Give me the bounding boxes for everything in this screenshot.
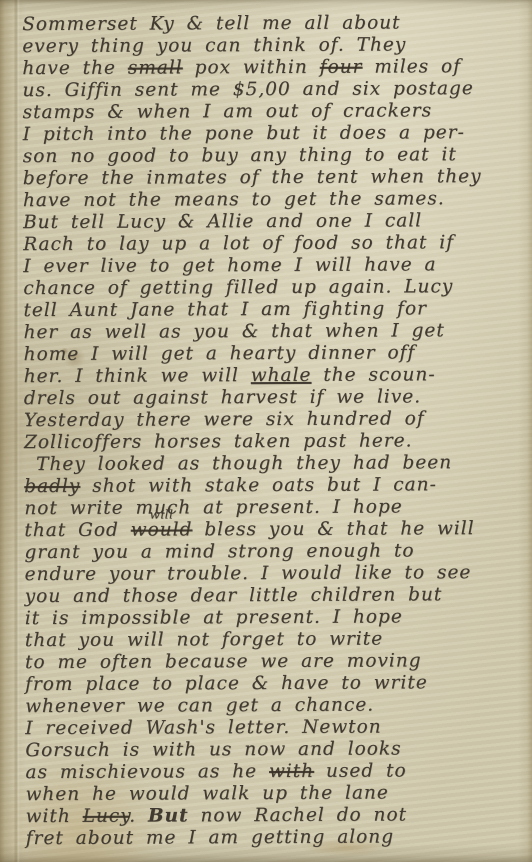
letter-text-segment: endure your trouble. I would like to see	[25, 562, 472, 585]
letter-text-segment: grant you a mind strong enough to	[24, 540, 414, 563]
letter-text-segment: tell Aunt Jane that I am fighting for	[23, 298, 427, 321]
underline-text: whale	[251, 365, 312, 386]
letter-text-segment: Yesterday there were six hundred of	[24, 408, 425, 431]
letter-line: have not the means to get the sames.	[23, 188, 525, 212]
strike-text: Lucy	[83, 806, 130, 827]
letter-line: endure your trouble. I would like to see	[25, 562, 527, 586]
letter-line: you and those dear little children but	[25, 584, 527, 608]
letter-text-segment: I received Wash's letter. Newton	[25, 717, 381, 740]
letter-line: stamps & when I am out of crackers	[23, 100, 525, 124]
letter-line: not write much at present. I hope	[24, 496, 526, 520]
letter-line: before the inmates of the tent when they	[23, 166, 525, 190]
letter-text-segment: that God	[24, 520, 130, 541]
letter-line: They looked as though they had been	[36, 452, 526, 476]
letter-line: Zollicoffers horses taken past here.	[24, 430, 526, 454]
strike-text: small	[128, 57, 183, 78]
letter-line: I received Wash's letter. Newton	[25, 716, 527, 740]
letter-text-segment: miles of	[362, 56, 461, 77]
letter-line: Rach to lay up a lot of food so that if	[23, 232, 525, 256]
letter-line: chance of getting filled up again. Lucy	[23, 276, 525, 300]
letter-line: son no good to buy any thing to eat it	[23, 144, 525, 168]
letter-text-segment: Zollicoffers horses taken past here.	[24, 430, 413, 453]
inserted-word: will	[150, 509, 174, 519]
letter-text-segment: have not the means to get the sames.	[23, 188, 445, 211]
letter-text-segment: you and those dear little children but	[25, 584, 443, 607]
letter-line: with Lucy. But now Rachel do not	[26, 804, 528, 828]
strike-text: with	[269, 761, 314, 782]
letter-line: drels out against harvest if we live.	[24, 386, 526, 410]
letter-text-segment: But tell Lucy & Allie and one I call	[23, 210, 422, 233]
letter-text-segment: the scoun-	[311, 364, 435, 386]
letter-line: tell Aunt Jane that I am fighting for	[23, 298, 525, 322]
letter-line: every thing you can think of. They	[22, 34, 524, 58]
letter-text-segment: before the inmates of the tent when they	[23, 166, 482, 189]
letter-text-segment: her. I think we will	[24, 365, 251, 387]
letter-text-segment: Sommerset Ky & tell me all about	[22, 12, 400, 35]
letter-text-segment: used to	[314, 760, 407, 781]
letter-line: her. I think we will whale the scoun-	[24, 364, 526, 388]
letter-line: badly shot with stake oats but I can-	[24, 474, 526, 498]
letter-text-segment: from place to place & have to write	[25, 672, 428, 695]
letter-line: it is impossible at present. I hope	[25, 606, 527, 630]
letter-text-segment: chance of getting filled up again. Lucy	[23, 276, 453, 299]
letter-text-segment: son no good to buy any thing to eat it	[23, 144, 457, 167]
letter-text-segment: drels out against harvest if we live.	[24, 386, 421, 409]
letter-page: Sommerset Ky & tell me all aboutevery th…	[0, 0, 532, 862]
letter-text-segment: her as well as you & that when I get	[24, 320, 445, 343]
letter-text-segment: bless you & that he will	[192, 518, 474, 540]
letter-line: Sommerset Ky & tell me all about	[22, 12, 524, 36]
letter-line: fret about me I am getting along	[26, 826, 528, 850]
letter-text: Sommerset Ky & tell me all aboutevery th…	[22, 12, 528, 859]
letter-line: whenever we can get a chance.	[25, 694, 527, 718]
letter-line: home I will get a hearty dinner off	[24, 342, 526, 366]
letter-text-segment: every thing you can think of. They	[22, 34, 406, 57]
letter-text-segment: not write much at present. I hope	[24, 496, 402, 519]
letter-text-segment: have the	[22, 58, 127, 79]
letter-line: have the small pox within four miles of	[22, 56, 524, 80]
letter-text-segment: fret about me I am getting along	[26, 826, 394, 849]
letter-line: grant you a mind strong enough to	[24, 540, 526, 564]
letter-text-segment: Gorsuch is with us now and looks	[25, 738, 401, 761]
letter-text-segment: whenever we can get a chance.	[25, 695, 374, 718]
letter-line: that you will not forget to write	[25, 628, 527, 652]
letter-line: her as well as you & that when I get	[24, 320, 526, 344]
letter-text-segment: that you will not forget to write	[25, 629, 383, 652]
letter-text-segment: .	[129, 806, 148, 827]
letter-text-segment: I pitch into the pone but it does a per-	[23, 122, 465, 145]
letter-text-segment: home I will get a hearty dinner off	[24, 342, 416, 365]
letter-text-segment: pox within	[183, 57, 320, 79]
letter-lines: Sommerset Ky & tell me all aboutevery th…	[22, 12, 528, 850]
letter-text-segment: now Rachel do not	[189, 804, 407, 826]
letter-line: Yesterday there were six hundred of	[24, 408, 526, 432]
correction: willwould	[131, 519, 193, 541]
letter-text-segment: shot with stake oats but I can-	[80, 474, 437, 497]
letter-line: as mischievous as he with used to	[25, 760, 527, 784]
letter-line: us. Giffin sent me $5,00 and six postage	[22, 78, 524, 102]
letter-line: But tell Lucy & Allie and one I call	[23, 210, 525, 234]
letter-text-segment: They looked as though they had been	[36, 452, 452, 475]
letter-line: that God willwould bless you & that he w…	[24, 518, 526, 542]
letter-text-segment: I ever live to get home I will have a	[23, 254, 436, 277]
letter-text-segment: stamps & when I am out of crackers	[23, 100, 433, 123]
letter-line: Gorsuch is with us now and looks	[25, 738, 527, 762]
letter-line: I ever live to get home I will have a	[23, 254, 525, 278]
letter-text-segment: to me often because we are moving	[25, 650, 422, 673]
letter-line: to me often because we are moving	[25, 650, 527, 674]
strike-text: badly	[24, 476, 80, 497]
strike-text: four	[320, 57, 363, 78]
letter-line: from place to place & have to write	[25, 672, 527, 696]
struck-word: would	[131, 519, 193, 540]
letter-line: when he would walk up the lane	[26, 782, 528, 806]
letter-text-segment: it is impossible at present. I hope	[25, 606, 403, 629]
letter-text-segment: us. Giffin sent me $5,00 and six postage	[22, 78, 473, 101]
letter-text-segment: as mischievous as he	[25, 761, 269, 783]
letter-line: I pitch into the pone but it does a per-	[23, 122, 525, 146]
letter-text-segment: Rach to lay up a lot of food so that if	[23, 232, 454, 255]
bold-text: But	[148, 805, 189, 826]
letter-text-segment: when he would walk up the lane	[26, 783, 389, 806]
letter-text-segment: with	[26, 806, 83, 827]
